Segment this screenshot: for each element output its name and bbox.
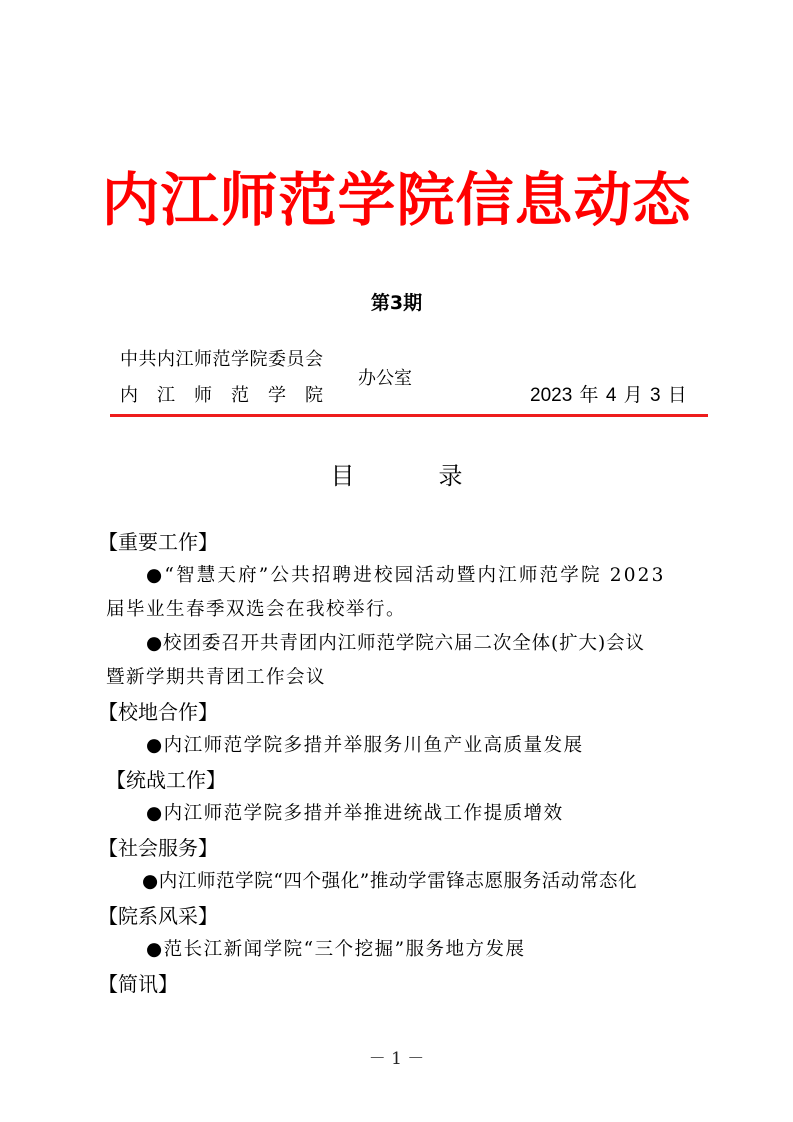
issuer-char: 师 [194,382,212,410]
issue-date: 2023 年 4 月 3 日 [530,382,687,410]
issuer-college: 内江师范学院 [120,382,323,410]
toc-item-line: ●校团委召开共青团内江师范学院六届二次全体(扩大)会议 [98,627,718,661]
toc-item[interactable]: ●“智慧天府”公共招聘进校园活动暨内江师范学院 2023 届毕业生春季双选会在我… [98,559,718,627]
toc-item-line: ●内江师范学院“四个强化”推动学雷锋志愿服务活动常态化 [98,865,718,899]
toc-section-heading: 【简讯】 [98,967,718,1001]
toc-item-line: ●范长江新闻学院“三个挖掘”服务地方发展 [98,933,718,967]
issuer-party-committee: 中共内江师范学院委员会 [120,346,324,374]
toc-item[interactable]: ●范长江新闻学院“三个挖掘”服务地方发展 [98,933,718,967]
issuer-char: 江 [157,382,175,410]
issue-number: 第3期 [0,288,793,315]
toc-section-heading: 【重要工作】 [98,525,718,559]
toc-item-line: ●内江师范学院多措并举服务川鱼产业高质量发展 [98,729,718,763]
toc-item[interactable]: ●校团委召开共青团内江师范学院六届二次全体(扩大)会议 暨新学期共青团工作会议 [98,627,718,695]
toc-section-heading: 【统战工作】 [98,763,718,797]
document-title: 内江师范学院信息动态 [0,160,793,240]
toc-item-line: 届毕业生春季双选会在我校举行。 [98,593,718,627]
issuer-char: 学 [268,382,286,410]
issuer-char: 院 [305,382,323,410]
toc-title: 目 录 [0,456,793,491]
toc-item-line: ●“智慧天府”公共招聘进校园活动暨内江师范学院 2023 [98,559,718,593]
toc-section-heading: 【社会服务】 [98,831,718,865]
toc-item[interactable]: ●内江师范学院“四个强化”推动学雷锋志愿服务活动常态化 [98,865,718,899]
header-divider [110,414,708,417]
toc-section-heading: 【院系风采】 [98,899,718,933]
issuer-char: 内 [120,382,138,410]
issuer-office: 办公室 [358,364,412,390]
toc-item-line: 暨新学期共青团工作会议 [98,661,718,695]
issuer-char: 范 [231,382,249,410]
toc-item-line: ●内江师范学院多措并举推进统战工作提质增效 [98,797,718,831]
page-number: － 1 － [0,1044,793,1069]
table-of-contents: 【重要工作】 ●“智慧天府”公共招聘进校园活动暨内江师范学院 2023 届毕业生… [98,525,718,1001]
toc-item[interactable]: ●内江师范学院多措并举服务川鱼产业高质量发展 [98,729,718,763]
toc-section-heading: 【校地合作】 [98,695,718,729]
toc-item[interactable]: ●内江师范学院多措并举推进统战工作提质增效 [98,797,718,831]
